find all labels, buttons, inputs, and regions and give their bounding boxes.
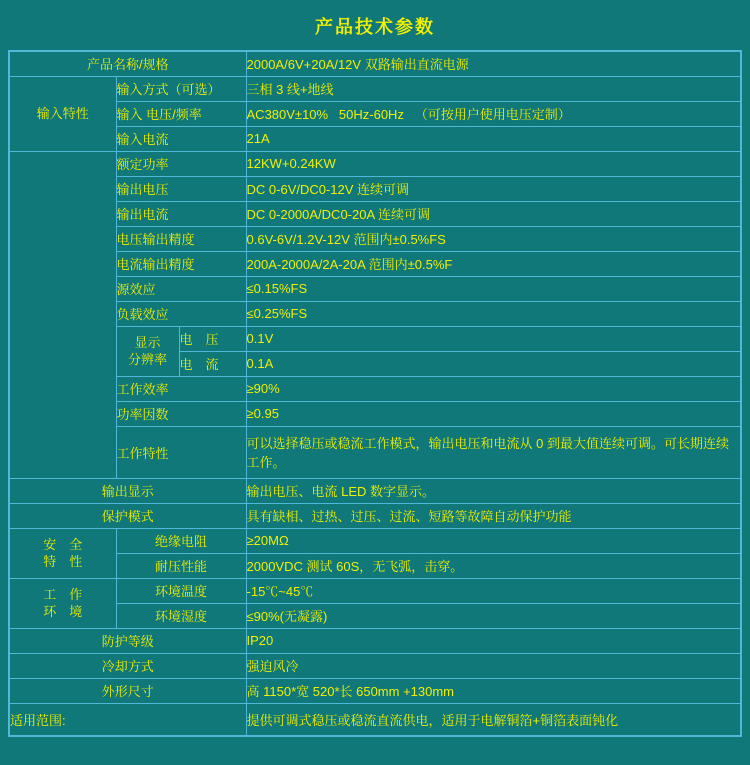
row-power-factor: 功率因数 ≥0.95: [9, 401, 741, 426]
row-current-precision: 电流输出精度 200A-2000A/2A-20A 范围内±0.5%F: [9, 251, 741, 276]
row-output-display: 输出显示 输出电压、电流 LED 数字显示。: [9, 478, 741, 503]
application-value: 提供可调式稳压或稳流直流供电，适用于电解铜箔+铜箔表面钝化: [246, 703, 741, 736]
ip-rating-label: 防护等级: [9, 628, 246, 653]
input-voltage-label: 输入 电压/频率: [116, 101, 246, 126]
output-voltage-label: 输出电压: [116, 176, 246, 201]
product-name-label: 产品名称/规格: [9, 51, 246, 76]
humidity-value: ≤90%(无凝露): [246, 603, 741, 628]
page-title: 产品技术参数: [0, 0, 750, 50]
temperature-value: -15℃~45℃: [246, 578, 741, 603]
dimensions-value: 高 1150*宽 520*长 650mm +130mm: [246, 678, 741, 703]
input-group-label: 输入特性: [9, 76, 116, 151]
cooling-value: 强迫风冷: [246, 653, 741, 678]
row-temperature: 工 作 环 境 环境温度 -15℃~45℃: [9, 578, 741, 603]
source-effect-value: ≤0.15%FS: [246, 276, 741, 301]
row-dimensions: 外形尺寸 高 1150*宽 520*长 650mm +130mm: [9, 678, 741, 703]
output-group-cell-empty: [9, 151, 116, 478]
work-mode-value: 可以选择稳压或稳流工作模式，输出电压和电流从 0 到最大值连续可调。可长期连续工…: [246, 426, 741, 478]
output-current-label: 输出电流: [116, 201, 246, 226]
protection-mode-label: 保护模式: [9, 503, 246, 528]
resolution-label: 显示 分辨率: [116, 326, 179, 376]
row-input-voltage: 输入 电压/频率 AC380V±10% 50Hz-60Hz （可按用户使用电压定…: [9, 101, 741, 126]
resolution-voltage-value: 0.1V: [246, 326, 741, 351]
row-rated-power: 额定功率 12KW+0.24KW: [9, 151, 741, 176]
resolution-current-label: 电 流: [179, 351, 246, 376]
resolution-current-value: 0.1A: [246, 351, 741, 376]
resolution-label-line2: 分辨率: [117, 351, 179, 368]
safety-group-line1: 安 全: [10, 536, 116, 553]
application-label: 适用范围:: [9, 703, 246, 736]
dimensions-label: 外形尺寸: [9, 678, 246, 703]
voltage-precision-label: 电压输出精度: [116, 226, 246, 251]
output-current-value: DC 0-2000A/DC0-20A 连续可调: [246, 201, 741, 226]
rated-power-value: 12KW+0.24KW: [246, 151, 741, 176]
safety-group-label: 安 全 特 性: [9, 528, 116, 578]
load-effect-value: ≤0.25%FS: [246, 301, 741, 326]
row-insulation: 安 全 特 性 绝缘电阻 ≥20MΩ: [9, 528, 741, 553]
resolution-voltage-label: 电 压: [179, 326, 246, 351]
current-precision-label: 电流输出精度: [116, 251, 246, 276]
row-withstand: 耐压性能 2000VDC 测试 60S，无飞弧，击穿。: [9, 553, 741, 578]
voltage-precision-value: 0.6V-6V/1.2V-12V 范围内±0.5%FS: [246, 226, 741, 251]
current-precision-value: 200A-2000A/2A-20A 范围内±0.5%F: [246, 251, 741, 276]
rated-power-label: 额定功率: [116, 151, 246, 176]
input-current-label: 输入电流: [116, 126, 246, 151]
row-source-effect: 源效应 ≤0.15%FS: [9, 276, 741, 301]
output-display-label: 输出显示: [9, 478, 246, 503]
environment-group-label: 工 作 环 境: [9, 578, 116, 628]
load-effect-label: 负载效应: [116, 301, 246, 326]
row-resolution-voltage: 显示 分辨率 电 压 0.1V: [9, 326, 741, 351]
humidity-label: 环境湿度: [116, 603, 246, 628]
environment-group-line1: 工 作: [10, 586, 116, 603]
input-current-value: 21A: [246, 126, 741, 151]
row-voltage-precision: 电压输出精度 0.6V-6V/1.2V-12V 范围内±0.5%FS: [9, 226, 741, 251]
work-mode-label: 工作特性: [116, 426, 246, 478]
input-voltage-value: AC380V±10% 50Hz-60Hz （可按用户使用电压定制）: [246, 101, 741, 126]
row-work-mode: 工作特性 可以选择稳压或稳流工作模式，输出电压和电流从 0 到最大值连续可调。可…: [9, 426, 741, 478]
insulation-value: ≥20MΩ: [246, 528, 741, 553]
insulation-label: 绝缘电阻: [116, 528, 246, 553]
row-cooling: 冷却方式 强迫风冷: [9, 653, 741, 678]
efficiency-label: 工作效率: [116, 376, 246, 401]
row-humidity: 环境湿度 ≤90%(无凝露): [9, 603, 741, 628]
row-input-mode: 输入特性 输入方式（可选） 三相 3 线+地线: [9, 76, 741, 101]
source-effect-label: 源效应: [116, 276, 246, 301]
row-input-current: 输入电流 21A: [9, 126, 741, 151]
withstand-value: 2000VDC 测试 60S，无飞弧，击穿。: [246, 553, 741, 578]
row-output-current: 输出电流 DC 0-2000A/DC0-20A 连续可调: [9, 201, 741, 226]
output-display-value: 输出电压、电流 LED 数字显示。: [246, 478, 741, 503]
withstand-label: 耐压性能: [116, 553, 246, 578]
resolution-label-line1: 显示: [117, 334, 179, 351]
efficiency-value: ≥90%: [246, 376, 741, 401]
row-output-voltage: 输出电压 DC 0-6V/DC0-12V 连续可调: [9, 176, 741, 201]
row-application: 适用范围: 提供可调式稳压或稳流直流供电，适用于电解铜箔+铜箔表面钝化: [9, 703, 741, 736]
row-product-name: 产品名称/规格 2000A/6V+20A/12V 双路输出直流电源: [9, 51, 741, 76]
product-name-value: 2000A/6V+20A/12V 双路输出直流电源: [246, 51, 741, 76]
input-mode-value: 三相 3 线+地线: [246, 76, 741, 101]
safety-group-line2: 特 性: [10, 553, 116, 570]
spec-table: 产品名称/规格 2000A/6V+20A/12V 双路输出直流电源 输入特性 输…: [8, 50, 742, 737]
row-efficiency: 工作效率 ≥90%: [9, 376, 741, 401]
ip-rating-value: IP20: [246, 628, 741, 653]
temperature-label: 环境温度: [116, 578, 246, 603]
protection-mode-value: 具有缺相、过热、过压、过流、短路等故障自动保护功能: [246, 503, 741, 528]
power-factor-value: ≥0.95: [246, 401, 741, 426]
row-ip-rating: 防护等级 IP20: [9, 628, 741, 653]
row-load-effect: 负载效应 ≤0.25%FS: [9, 301, 741, 326]
row-protection-mode: 保护模式 具有缺相、过热、过压、过流、短路等故障自动保护功能: [9, 503, 741, 528]
input-mode-label: 输入方式（可选）: [116, 76, 246, 101]
power-factor-label: 功率因数: [116, 401, 246, 426]
cooling-label: 冷却方式: [9, 653, 246, 678]
output-voltage-value: DC 0-6V/DC0-12V 连续可调: [246, 176, 741, 201]
environment-group-line2: 环 境: [10, 603, 116, 620]
